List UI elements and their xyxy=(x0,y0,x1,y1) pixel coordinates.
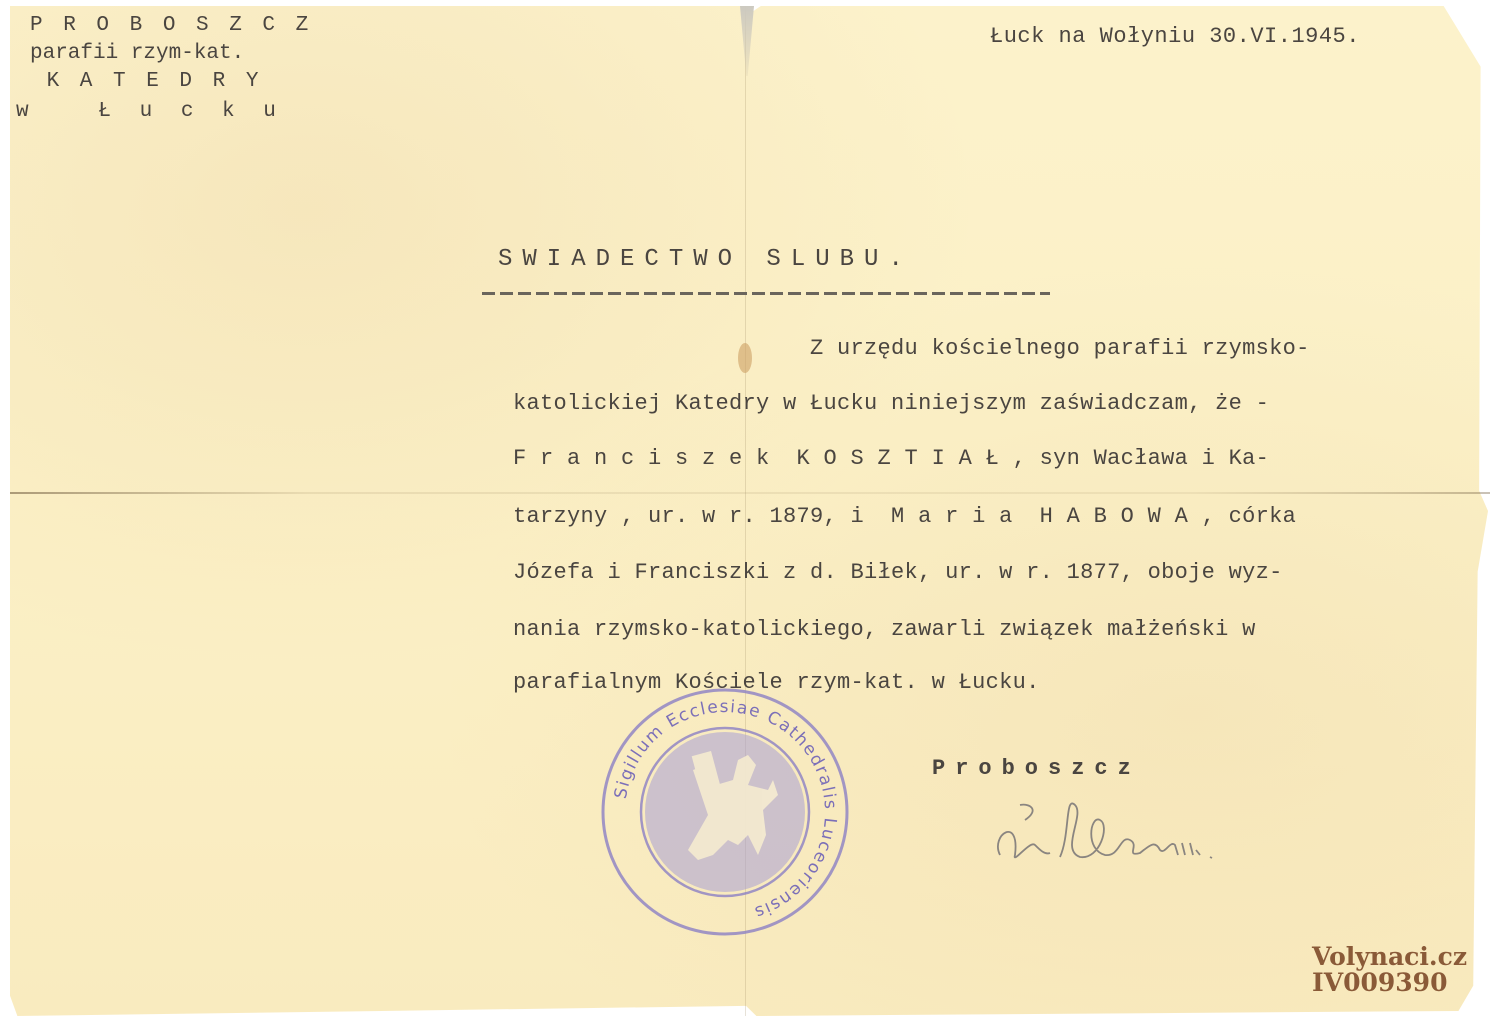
date-line: Łuck na Wołyniu 30.VI.1945. xyxy=(990,24,1360,49)
letterhead-line: parafii rzym-kat. xyxy=(30,42,244,65)
horizontal-fold-line xyxy=(10,492,1490,494)
title-underline xyxy=(482,292,1050,295)
letterhead-line: K A T E D R Y xyxy=(30,70,262,93)
body-line: tarzyny , ur. w r. 1879, i M a r i a H A… xyxy=(513,504,1296,529)
signature-title: Proboszcz xyxy=(932,756,1141,781)
watermark-site: Volynaci.cz xyxy=(1312,944,1467,970)
watermark: Volynaci.cz IV009390 xyxy=(1312,944,1467,996)
letterhead-line: w Ł u c k u xyxy=(16,100,284,123)
body-line: Józefa i Franciszki z d. Biłek, ur. w r.… xyxy=(513,560,1283,585)
body-line: katolickiej Katedry w Łucku niniejszym z… xyxy=(513,391,1269,416)
document-title: SWIADECTWO SLUBU. xyxy=(498,246,913,273)
handwritten-signature xyxy=(990,795,1250,875)
body-line: nania rzymsko-katolickiego, zawarli zwią… xyxy=(513,617,1256,642)
body-line: Z urzędu kościelnego parafii rzymsko- xyxy=(513,336,1310,361)
body-line: F r a n c i s z e k K O S Z T I A Ł , sy… xyxy=(513,446,1269,471)
letterhead-line: P R O B O S Z C Z xyxy=(30,14,312,37)
church-seal: Sigillum Ecclesiae Cathedralis Luceorien… xyxy=(598,685,852,939)
watermark-id: IV009390 xyxy=(1312,970,1467,996)
